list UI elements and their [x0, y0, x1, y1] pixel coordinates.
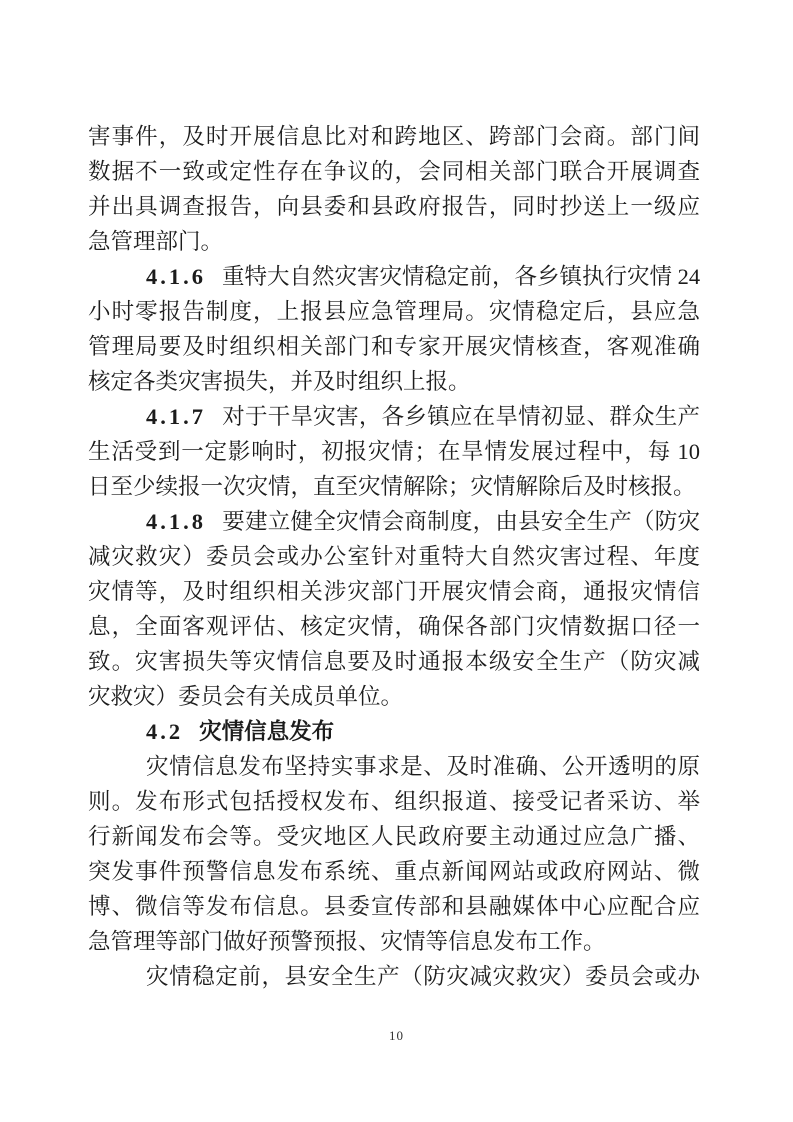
text-line: 灾情等，及时组织相关涉灾部门开展灾情会商，通报灾情信: [88, 574, 700, 609]
text-line: 急管理部门。: [88, 224, 700, 259]
line-text: 突发事件预警信息发布系统、重点新闻网站或政府网站、微: [88, 859, 700, 884]
heading-text: 灾情信息发布: [199, 719, 334, 744]
line-text: 行新闻发布会等。受灾地区人民政府要主动通过应急广播、: [88, 824, 700, 849]
line-text: 要建立健全灾情会商制度，由县安全生产（防灾: [222, 509, 700, 534]
section-number: 4.1.7: [146, 404, 206, 429]
line-text: 数据不一致或定性存在争议的，会同相关部门联合开展调查: [88, 159, 700, 184]
page-number: 10: [0, 1028, 793, 1044]
text-line: 4.1.8要建立健全灾情会商制度，由县安全生产（防灾: [88, 504, 700, 539]
text-line: 减灾救灾）委员会或办公室针对重特大自然灾害过程、年度: [88, 539, 700, 574]
line-text: 致。灾害损失等灾情信息要及时通报本级安全生产（防灾减: [88, 649, 700, 674]
text-line: 小时零报告制度，上报县应急管理局。灾情稳定后，县应急: [88, 294, 700, 329]
line-text: 重特大自然灾害灾情稳定前，各乡镇执行灾情 24: [222, 264, 700, 289]
section-number: 4.1.8: [146, 509, 206, 534]
text-line: 日至少续报一次灾情，直至灾情解除；灾情解除后及时核报。: [88, 469, 700, 504]
text-line: 行新闻发布会等。受灾地区人民政府要主动通过应急广播、: [88, 819, 700, 854]
line-text: 管理局要及时组织相关部门和专家开展灾情核查，客观准确: [88, 334, 700, 359]
line-text: 灾情信息发布坚持实事求是、及时准确、公开透明的原: [146, 754, 700, 779]
section-number: 4.1.6: [146, 264, 206, 289]
text-line: 急管理等部门做好预警预报、灾情等信息发布工作。: [88, 924, 700, 959]
section-heading: 4.2灾情信息发布: [88, 714, 700, 749]
line-text: 博、微信等发布信息。县委宣传部和县融媒体中心应配合应: [88, 894, 700, 919]
text-line: 灾情信息发布坚持实事求是、及时准确、公开透明的原: [88, 749, 700, 784]
line-text: 灾救灾）委员会有关成员单位。: [88, 684, 403, 709]
line-text: 小时零报告制度，上报县应急管理局。灾情稳定后，县应急: [88, 299, 700, 324]
line-text: 息，全面客观评估、核定灾情，确保各部门灾情数据口径一: [88, 614, 700, 639]
text-line: 4.1.7对于干旱灾害，各乡镇应在旱情初显、群众生产: [88, 399, 700, 434]
line-text: 害事件，及时开展信息比对和跨地区、跨部门会商。部门间: [88, 124, 700, 149]
line-text: 减灾救灾）委员会或办公室针对重特大自然灾害过程、年度: [88, 544, 700, 569]
line-text: 灾情等，及时组织相关涉灾部门开展灾情会商，通报灾情信: [88, 579, 700, 604]
text-line: 管理局要及时组织相关部门和专家开展灾情核查，客观准确: [88, 329, 700, 364]
text-line: 灾救灾）委员会有关成员单位。: [88, 679, 700, 714]
line-text: 日至少续报一次灾情，直至灾情解除；灾情解除后及时核报。: [88, 474, 696, 499]
line-text: 灾情稳定前，县安全生产（防灾减灾救灾）委员会或办: [146, 964, 700, 989]
line-text: 则。发布形式包括授权发布、组织报道、接受记者采访、举: [88, 789, 700, 814]
text-line: 则。发布形式包括授权发布、组织报道、接受记者采访、举: [88, 784, 700, 819]
text-line: 致。灾害损失等灾情信息要及时通报本级安全生产（防灾减: [88, 644, 700, 679]
text-line: 害事件，及时开展信息比对和跨地区、跨部门会商。部门间: [88, 119, 700, 154]
text-line: 生活受到一定影响时，初报灾情；在旱情发展过程中，每 10: [88, 434, 700, 469]
text-line: 核定各类灾害损失，并及时组织上报。: [88, 364, 700, 399]
text-line: 突发事件预警信息发布系统、重点新闻网站或政府网站、微: [88, 854, 700, 889]
line-text: 急管理等部门做好预警预报、灾情等信息发布工作。: [88, 929, 606, 954]
line-text: 生活受到一定影响时，初报灾情；在旱情发展过程中，每 10: [88, 439, 700, 464]
line-text: 急管理部门。: [88, 229, 223, 254]
text-line: 息，全面客观评估、核定灾情，确保各部门灾情数据口径一: [88, 609, 700, 644]
text-line: 并出具调查报告，向县委和县政府报告，同时抄送上一级应: [88, 189, 700, 224]
text-line: 博、微信等发布信息。县委宣传部和县融媒体中心应配合应: [88, 889, 700, 924]
text-line: 灾情稳定前，县安全生产（防灾减灾救灾）委员会或办: [88, 959, 700, 994]
text-line: 4.1.6重特大自然灾害灾情稳定前，各乡镇执行灾情 24: [88, 259, 700, 294]
document-page: 害事件，及时开展信息比对和跨地区、跨部门会商。部门间 数据不一致或定性存在争议的…: [0, 0, 793, 1122]
line-text: 对于干旱灾害，各乡镇应在旱情初显、群众生产: [222, 404, 700, 429]
line-text: 并出具调查报告，向县委和县政府报告，同时抄送上一级应: [88, 194, 700, 219]
section-number: 4.2: [146, 719, 183, 744]
text-line: 数据不一致或定性存在争议的，会同相关部门联合开展调查: [88, 154, 700, 189]
page-content: 害事件，及时开展信息比对和跨地区、跨部门会商。部门间 数据不一致或定性存在争议的…: [88, 119, 700, 994]
line-text: 核定各类灾害损失，并及时组织上报。: [88, 369, 471, 394]
